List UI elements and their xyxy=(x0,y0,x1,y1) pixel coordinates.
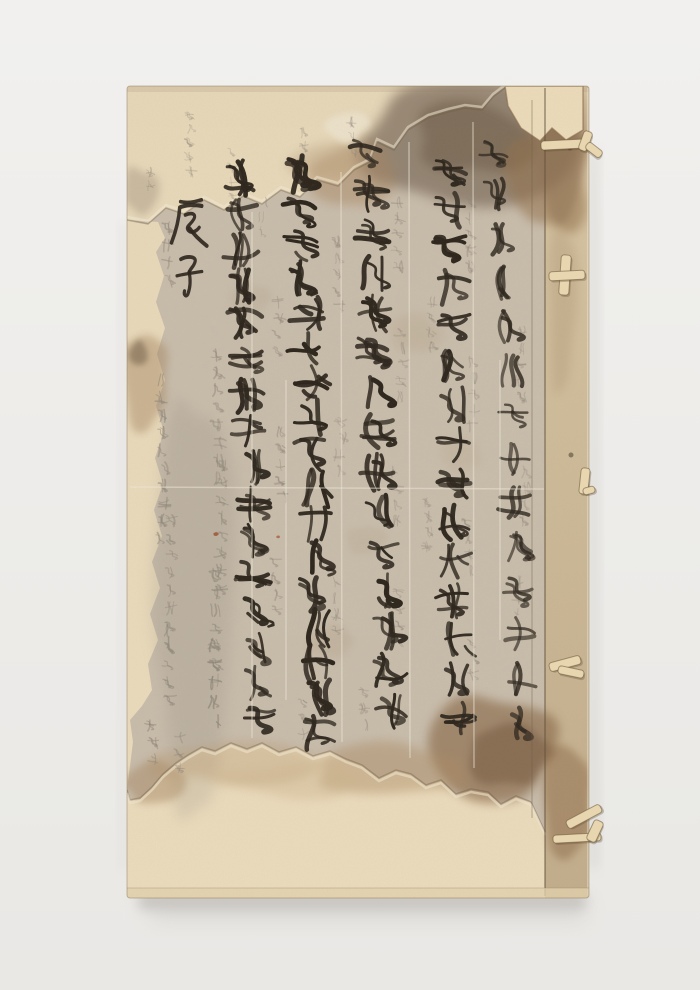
manuscript-photograph xyxy=(0,0,700,990)
photo-stage: Overhead studio photograph of a small, h… xyxy=(0,0,700,990)
shadow-left-edge xyxy=(120,220,127,870)
paper-grain xyxy=(127,86,589,898)
manuscript-book xyxy=(121,81,591,898)
shadow-right-edge xyxy=(589,150,598,870)
shadow-under-book-soft xyxy=(150,899,586,921)
